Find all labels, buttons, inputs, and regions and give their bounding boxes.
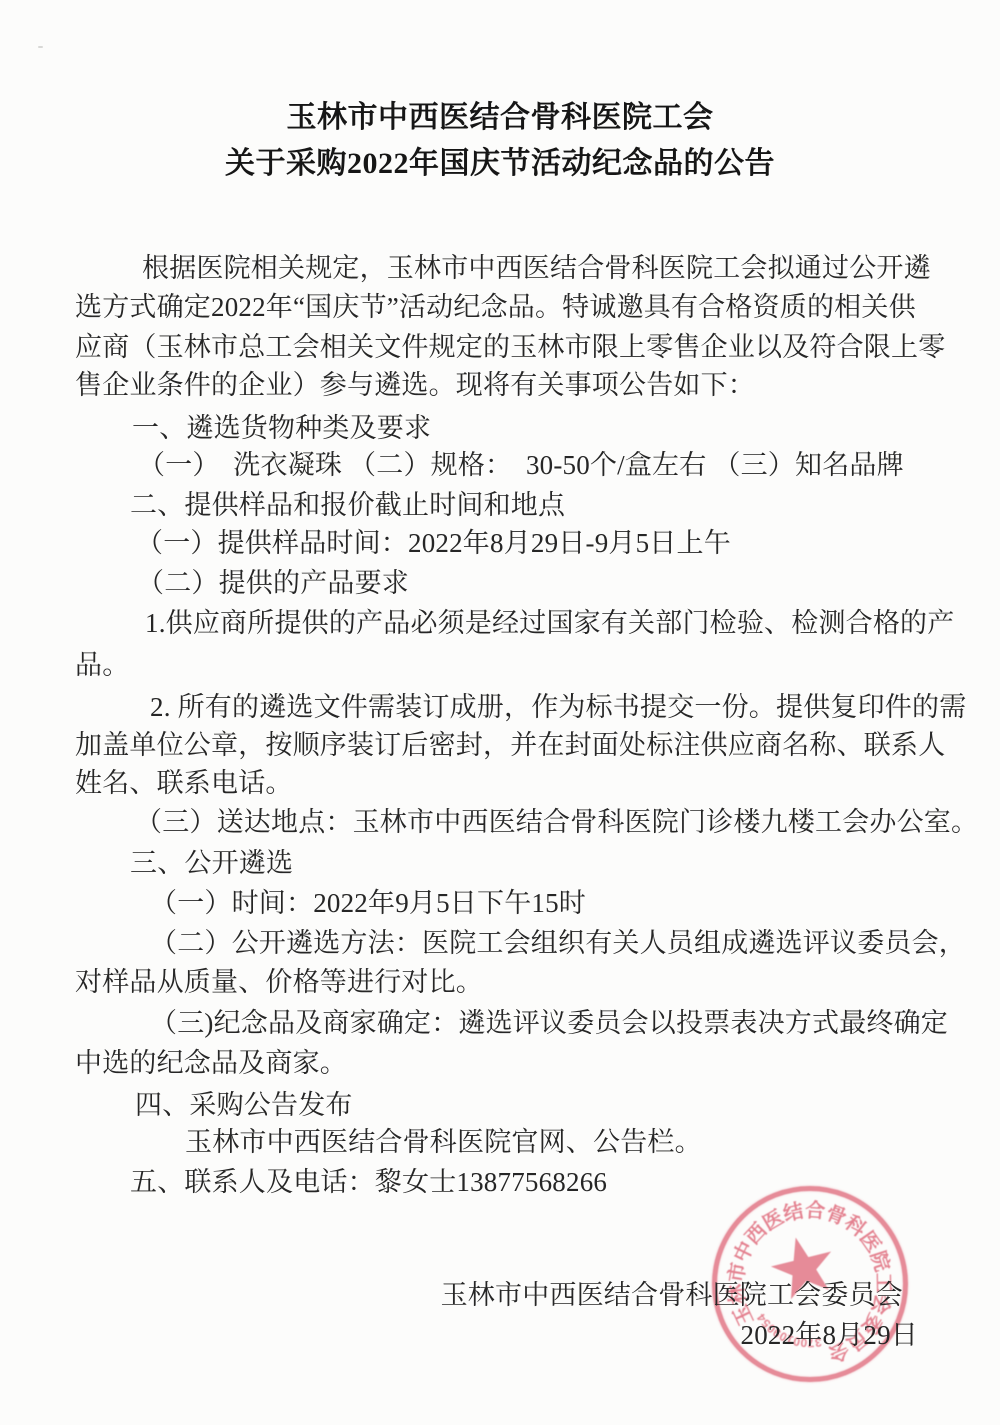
doc-line: （二）提供的产品要求 — [137, 567, 409, 600]
signature-date: 2022年8月29日 — [741, 1319, 919, 1352]
doc-line: 售企业条件的企业）参与遴选。现将有关事项公告如下： — [75, 369, 755, 402]
doc-line-section-2: 二、提供样品和报价截止时间和地点 — [130, 489, 565, 522]
doc-line: 对样品从质量、价格等进行对比。 — [75, 966, 483, 999]
doc-line: 选方式确定2022年“国庆节”活动纪念品。特诚邀具有合格资质的相关供 — [75, 291, 916, 324]
page-title-line2: 关于采购2022年国庆节活动纪念品的公告 — [0, 146, 1000, 182]
doc-line-section-3: 三、公开遴选 — [130, 847, 293, 880]
doc-line-section-1: 一、遴选货物种类及要求 — [132, 412, 431, 445]
doc-line: 玉林市中西医结合骨科医院官网、公告栏。 — [185, 1126, 702, 1159]
doc-line: 中选的纪念品及商家。 — [75, 1047, 347, 1080]
doc-line: 2. 所有的遴选文件需装订成册，作为标书提交一份。提供复印件的需 — [150, 691, 966, 724]
doc-line: 品。 — [75, 649, 129, 682]
doc-line: 应商（玉林市总工会相关文件规定的玉林市限上零售企业以及符合限上零 — [75, 331, 945, 364]
doc-line: （一） 洗衣凝珠 （二）规格： 30-50个/盒左右 （三）知名品牌 — [138, 449, 904, 482]
document-body: 玉林市中西医结合骨科医院工会 关于采购2022年国庆节活动纪念品的公告 根据医院… — [0, 0, 1000, 1425]
signature-org: 玉林市中西医结合骨科医院工会委员会 — [441, 1279, 903, 1312]
page-title-line1: 玉林市中西医结合骨科医院工会 — [0, 100, 1000, 136]
doc-line: （二）公开遴选方法：医院工会组织有关人员组成遴选评议委员会， — [150, 927, 966, 960]
scanned-announcement-page: { "title": { "line1": "玉林市中西医结合骨科医院工会", … — [0, 0, 1000, 1425]
doc-line-section-4: 四、采购公告发布 — [135, 1089, 353, 1122]
doc-line: （三)纪念品及商家确定：遴选评议委员会以投票表决方式最终确定 — [150, 1007, 948, 1040]
doc-line: （一）提供样品时间：2022年8月29日-9月5日上午 — [136, 527, 731, 560]
doc-line: （一）时间：2022年9月5日下午15时 — [150, 887, 586, 920]
doc-line: 1.供应商所提供的产品必须是经过国家有关部门检验、检测合格的产 — [145, 607, 954, 640]
scan-speck — [38, 46, 43, 48]
doc-line: （三）送达地点：玉林市中西医结合骨科医院门诊楼九楼工会办公室。 — [135, 806, 978, 839]
doc-line: 加盖单位公章，按顺序装订后密封，并在封面处标注供应商名称、联系人 — [75, 729, 945, 762]
doc-line-section-5: 五、联系人及电话：黎女士13877568266 — [130, 1166, 607, 1199]
doc-line: 根据医院相关规定，玉林市中西医结合骨科医院工会拟通过公开遴 — [142, 252, 931, 285]
doc-line: 姓名、联系电话。 — [75, 767, 293, 800]
